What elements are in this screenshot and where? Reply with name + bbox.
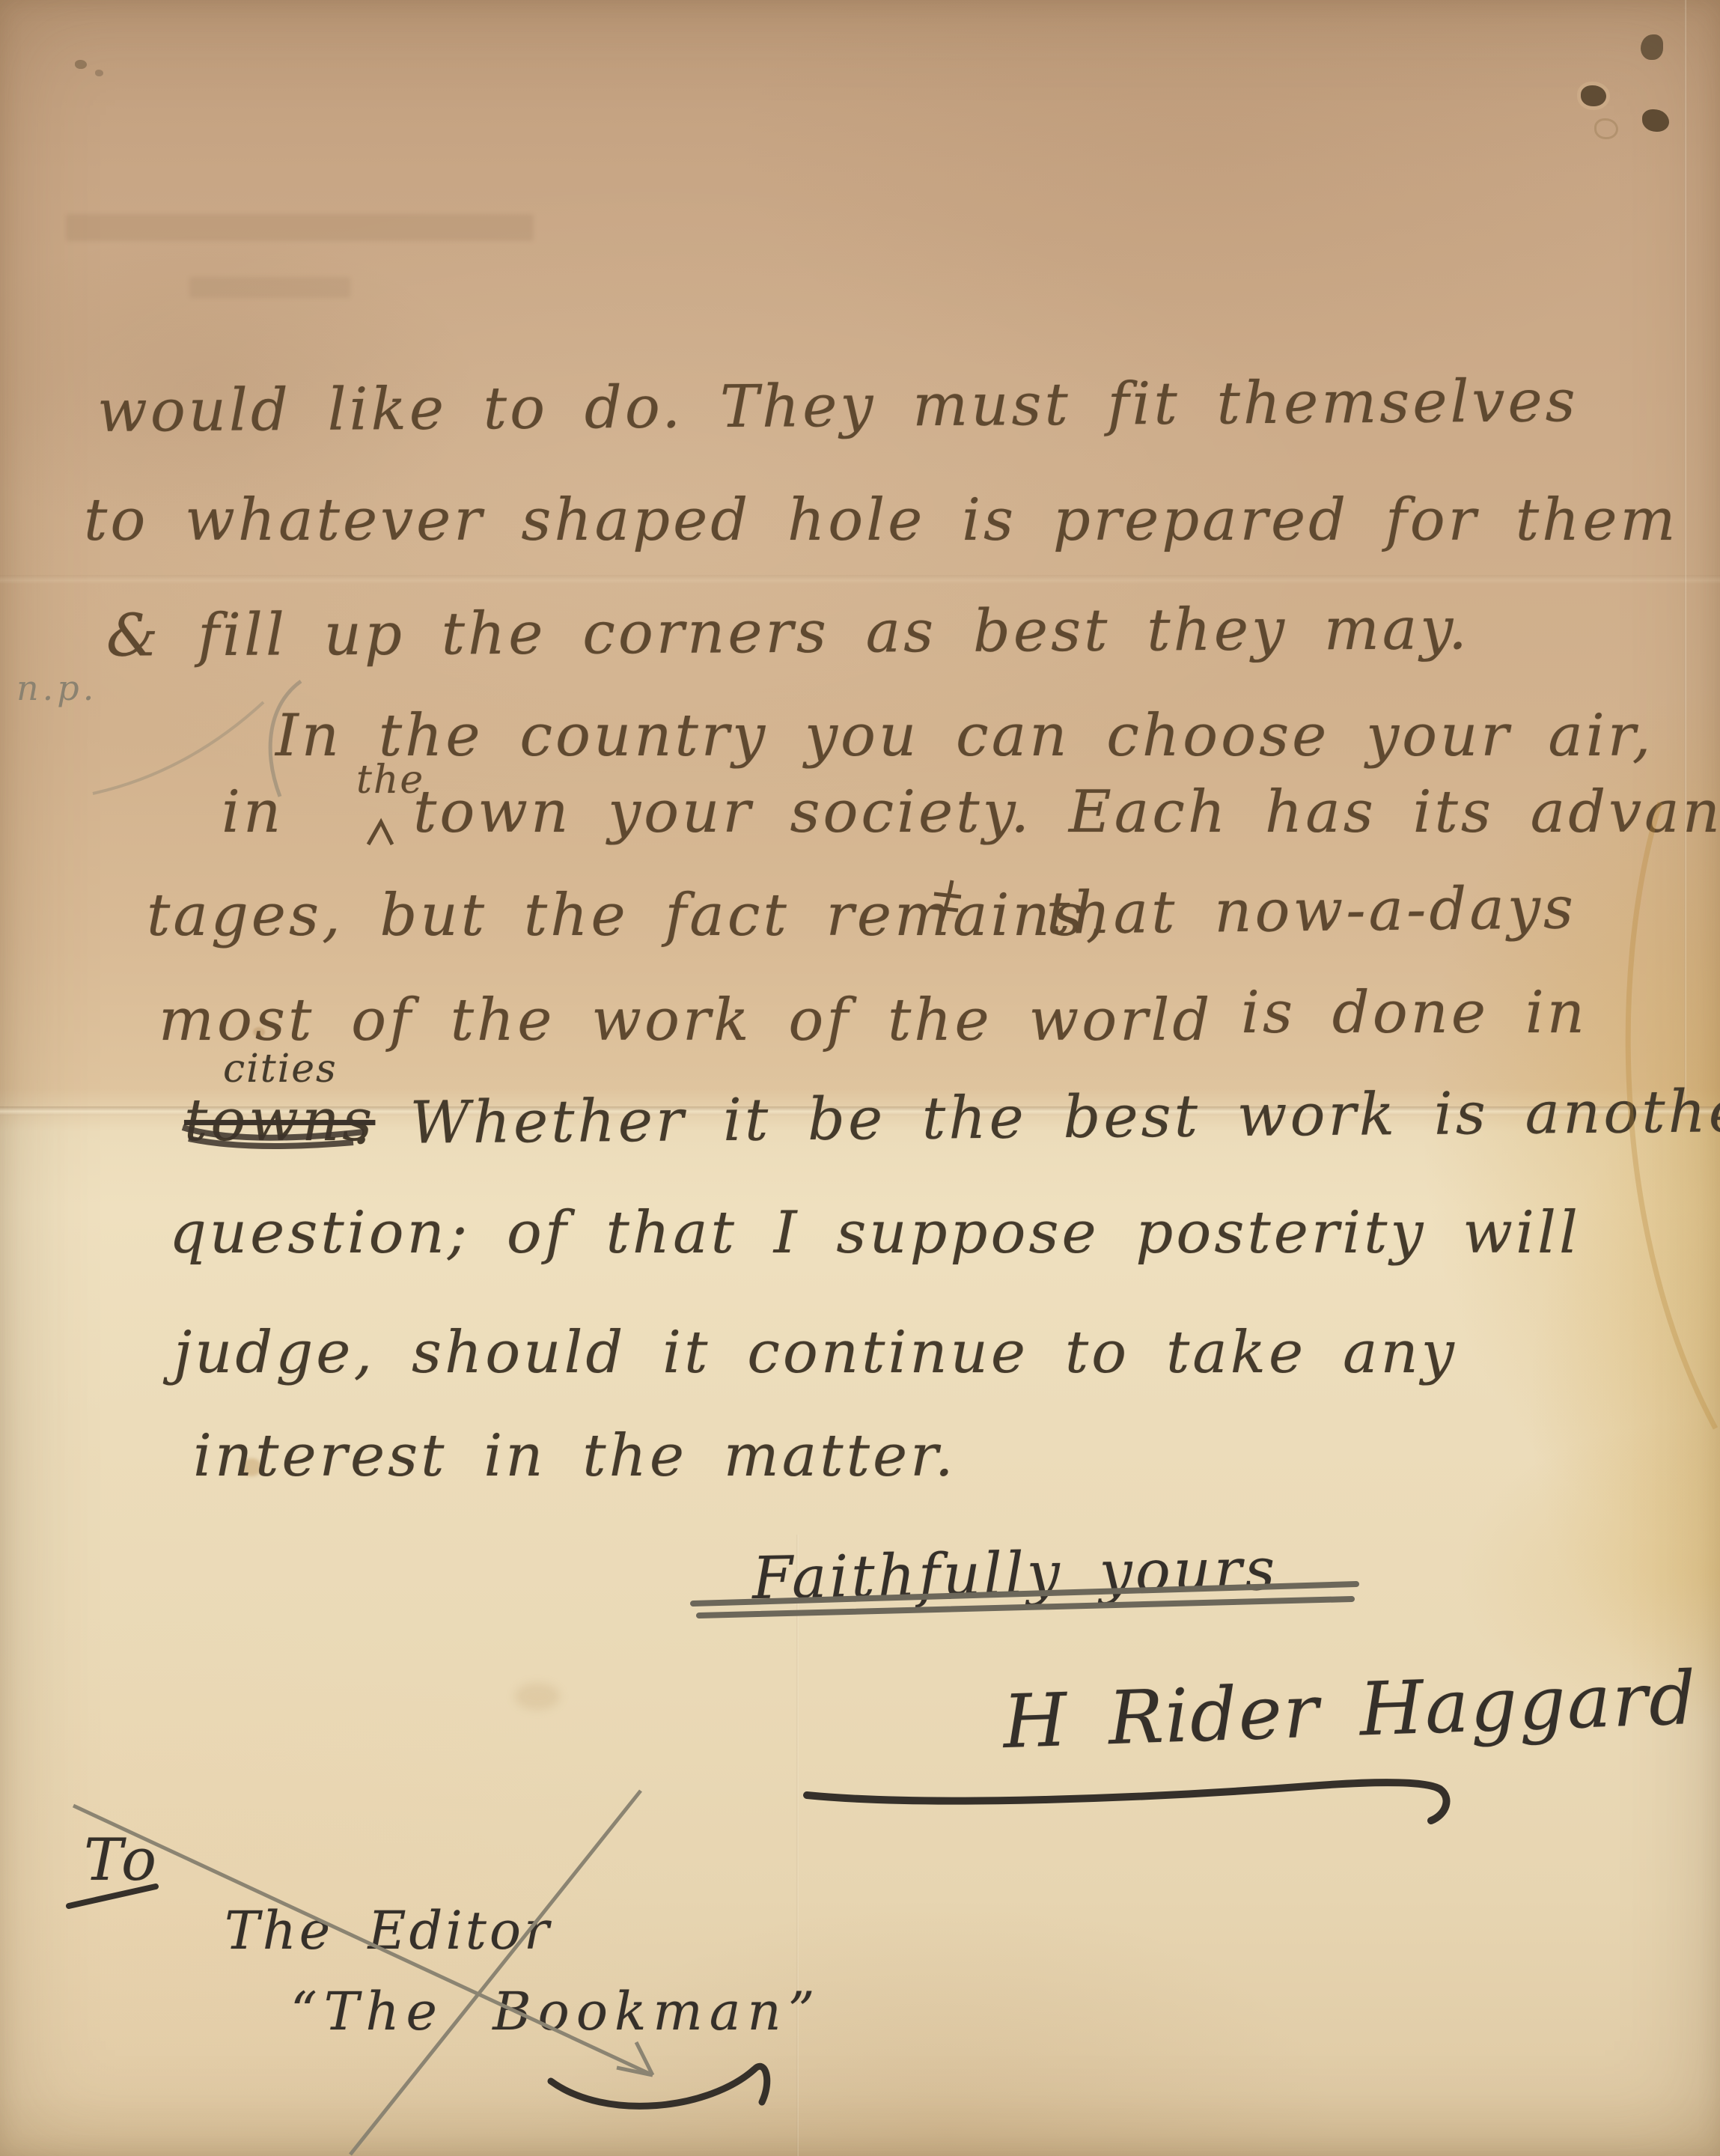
inserted-word-cities: cities <box>223 1047 338 1091</box>
pin-hole <box>1641 34 1663 60</box>
vertical-crease-lower <box>796 1535 799 2156</box>
pencil-cross-line-2 <box>350 1791 641 2155</box>
address-editor: The Editor <box>225 1900 552 1961</box>
letter-line-7-pre: most of the work of the world <box>159 987 1213 1054</box>
struck-word-towns: towns <box>184 1087 375 1154</box>
letter-line-6-pre: tages, but the fact remains, <box>147 882 1108 949</box>
pencil-cross-arrowhead <box>617 2042 653 2075</box>
letter-line-4: In the country you can choose your air, <box>275 702 1653 770</box>
pin-hole <box>1594 118 1618 139</box>
letter-page: n.p. would like to do. They must fit the… <box>0 0 1720 2156</box>
letter-line-1: would like to do. They must fit themselv… <box>97 368 1579 445</box>
address-bookman: “The Bookman” <box>290 1981 821 2042</box>
fold-crease-upper <box>0 575 1720 584</box>
letter-line-6-post: that now-a-days <box>1046 874 1577 947</box>
pin-hole <box>95 70 103 76</box>
stain <box>515 1683 560 1710</box>
letter-line-8-post: . Whether it be the best work is another <box>352 1078 1720 1158</box>
pin-hole <box>75 60 87 69</box>
signature: H Rider Haggard <box>1001 1656 1698 1765</box>
letter-line-3: & fill up the corners as best they may. <box>106 595 1470 670</box>
vertical-crease-right <box>1684 0 1686 1108</box>
margin-note: n.p. <box>16 668 97 708</box>
pin-hole <box>1642 109 1669 132</box>
pin-hole <box>1581 85 1606 106</box>
valediction-struck: Faithfully yours <box>751 1536 1278 1613</box>
letter-line-7-post: is done in <box>1241 979 1588 1047</box>
letter-line-2: to whatever shaped hole is prepared for … <box>84 487 1678 554</box>
letter-line-5-pre: in <box>222 779 284 846</box>
letter-line-9: question; of that I suppose posterity wi… <box>169 1199 1581 1267</box>
bookman-flourish <box>551 2066 767 2106</box>
letterhead-impression <box>66 214 534 298</box>
caret-mark <box>368 822 392 844</box>
signature-flourish <box>807 1782 1447 1821</box>
letter-line-5-post: town your society. Each has its advan- <box>413 779 1720 846</box>
letter-line-11: interest in the matter. <box>193 1422 957 1490</box>
address-to: To <box>84 1827 159 1894</box>
letter-line-10: judge, should it continue to take any <box>174 1319 1457 1386</box>
